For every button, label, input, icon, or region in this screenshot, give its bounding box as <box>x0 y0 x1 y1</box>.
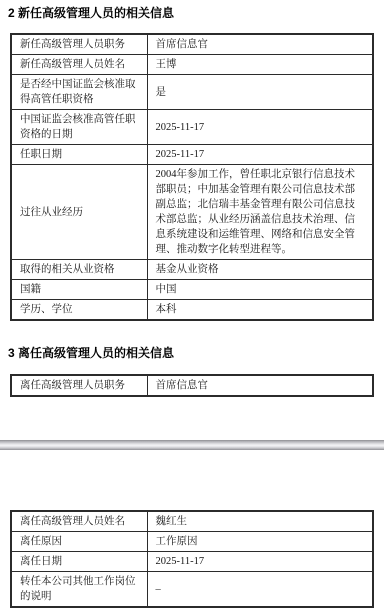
table-row: 取得的相关从业资格 基金从业资格 <box>11 260 373 280</box>
table-row: 离任高级管理人员职务 首席信息官 <box>11 375 373 396</box>
row-value: 2025-11-17 <box>147 552 373 572</box>
table-row: 离任日期 2025-11-17 <box>11 552 373 572</box>
row-value: 是 <box>147 75 373 110</box>
table-row: 任职日期 2025-11-17 <box>11 145 373 165</box>
table-row: 国籍 中国 <box>11 280 373 300</box>
row-label: 过往从业经历 <box>11 165 147 260</box>
row-value: 王博 <box>147 55 373 75</box>
row-label: 离任高级管理人员职务 <box>11 375 147 396</box>
row-value: 首席信息官 <box>147 375 373 396</box>
row-label: 学历、学位 <box>11 300 147 321</box>
row-value: 首席信息官 <box>147 34 373 55</box>
row-value: 本科 <box>147 300 373 321</box>
table-row: 新任高级管理人员职务 首席信息官 <box>11 34 373 55</box>
row-label: 离任原因 <box>11 532 147 552</box>
departing-manager-info-table-part2: 离任高级管理人员姓名 魏红生 离任原因 工作原因 离任日期 2025-11-17… <box>10 510 374 608</box>
section-heading-new-manager: 2 新任高级管理人员的相关信息 <box>0 0 384 20</box>
row-value: 2004年参加工作，曾任职北京银行信息技术部职员；中加基金管理有限公司信息技术部… <box>147 165 373 260</box>
row-value: 2025-11-17 <box>147 110 373 145</box>
table-row: 离任原因 工作原因 <box>11 532 373 552</box>
row-label: 是否经中国证监会核准取得高管任职资格 <box>11 75 147 110</box>
row-label: 离任高级管理人员姓名 <box>11 511 147 532</box>
row-label: 新任高级管理人员职务 <box>11 34 147 55</box>
table-row: 学历、学位 本科 <box>11 300 373 321</box>
departing-manager-info-table-part1: 离任高级管理人员职务 首席信息官 <box>10 374 374 397</box>
section-heading-departing-manager: 3 离任高级管理人员的相关信息 <box>0 346 384 360</box>
row-value: 基金从业资格 <box>147 260 373 280</box>
table-row: 离任高级管理人员姓名 魏红生 <box>11 511 373 532</box>
row-label: 新任高级管理人员姓名 <box>11 55 147 75</box>
table-row: 转任本公司其他工作岗位的说明 – <box>11 572 373 608</box>
page-break-divider <box>0 440 384 450</box>
table-row: 过往从业经历 2004年参加工作，曾任职北京银行信息技术部职员；中加基金管理有限… <box>11 165 373 260</box>
new-manager-info-table: 新任高级管理人员职务 首席信息官 新任高级管理人员姓名 王博 是否经中国证监会核… <box>10 33 374 321</box>
row-label: 转任本公司其他工作岗位的说明 <box>11 572 147 608</box>
table-row: 新任高级管理人员姓名 王博 <box>11 55 373 75</box>
row-label: 离任日期 <box>11 552 147 572</box>
row-value: 中国 <box>147 280 373 300</box>
row-label: 任职日期 <box>11 145 147 165</box>
row-value: 魏红生 <box>147 511 373 532</box>
row-label: 国籍 <box>11 280 147 300</box>
row-label: 中国证监会核准高管任职资格的日期 <box>11 110 147 145</box>
row-value: 工作原因 <box>147 532 373 552</box>
row-value: – <box>147 572 373 608</box>
table-row: 中国证监会核准高管任职资格的日期 2025-11-17 <box>11 110 373 145</box>
row-label: 取得的相关从业资格 <box>11 260 147 280</box>
row-value: 2025-11-17 <box>147 145 373 165</box>
table-row: 是否经中国证监会核准取得高管任职资格 是 <box>11 75 373 110</box>
